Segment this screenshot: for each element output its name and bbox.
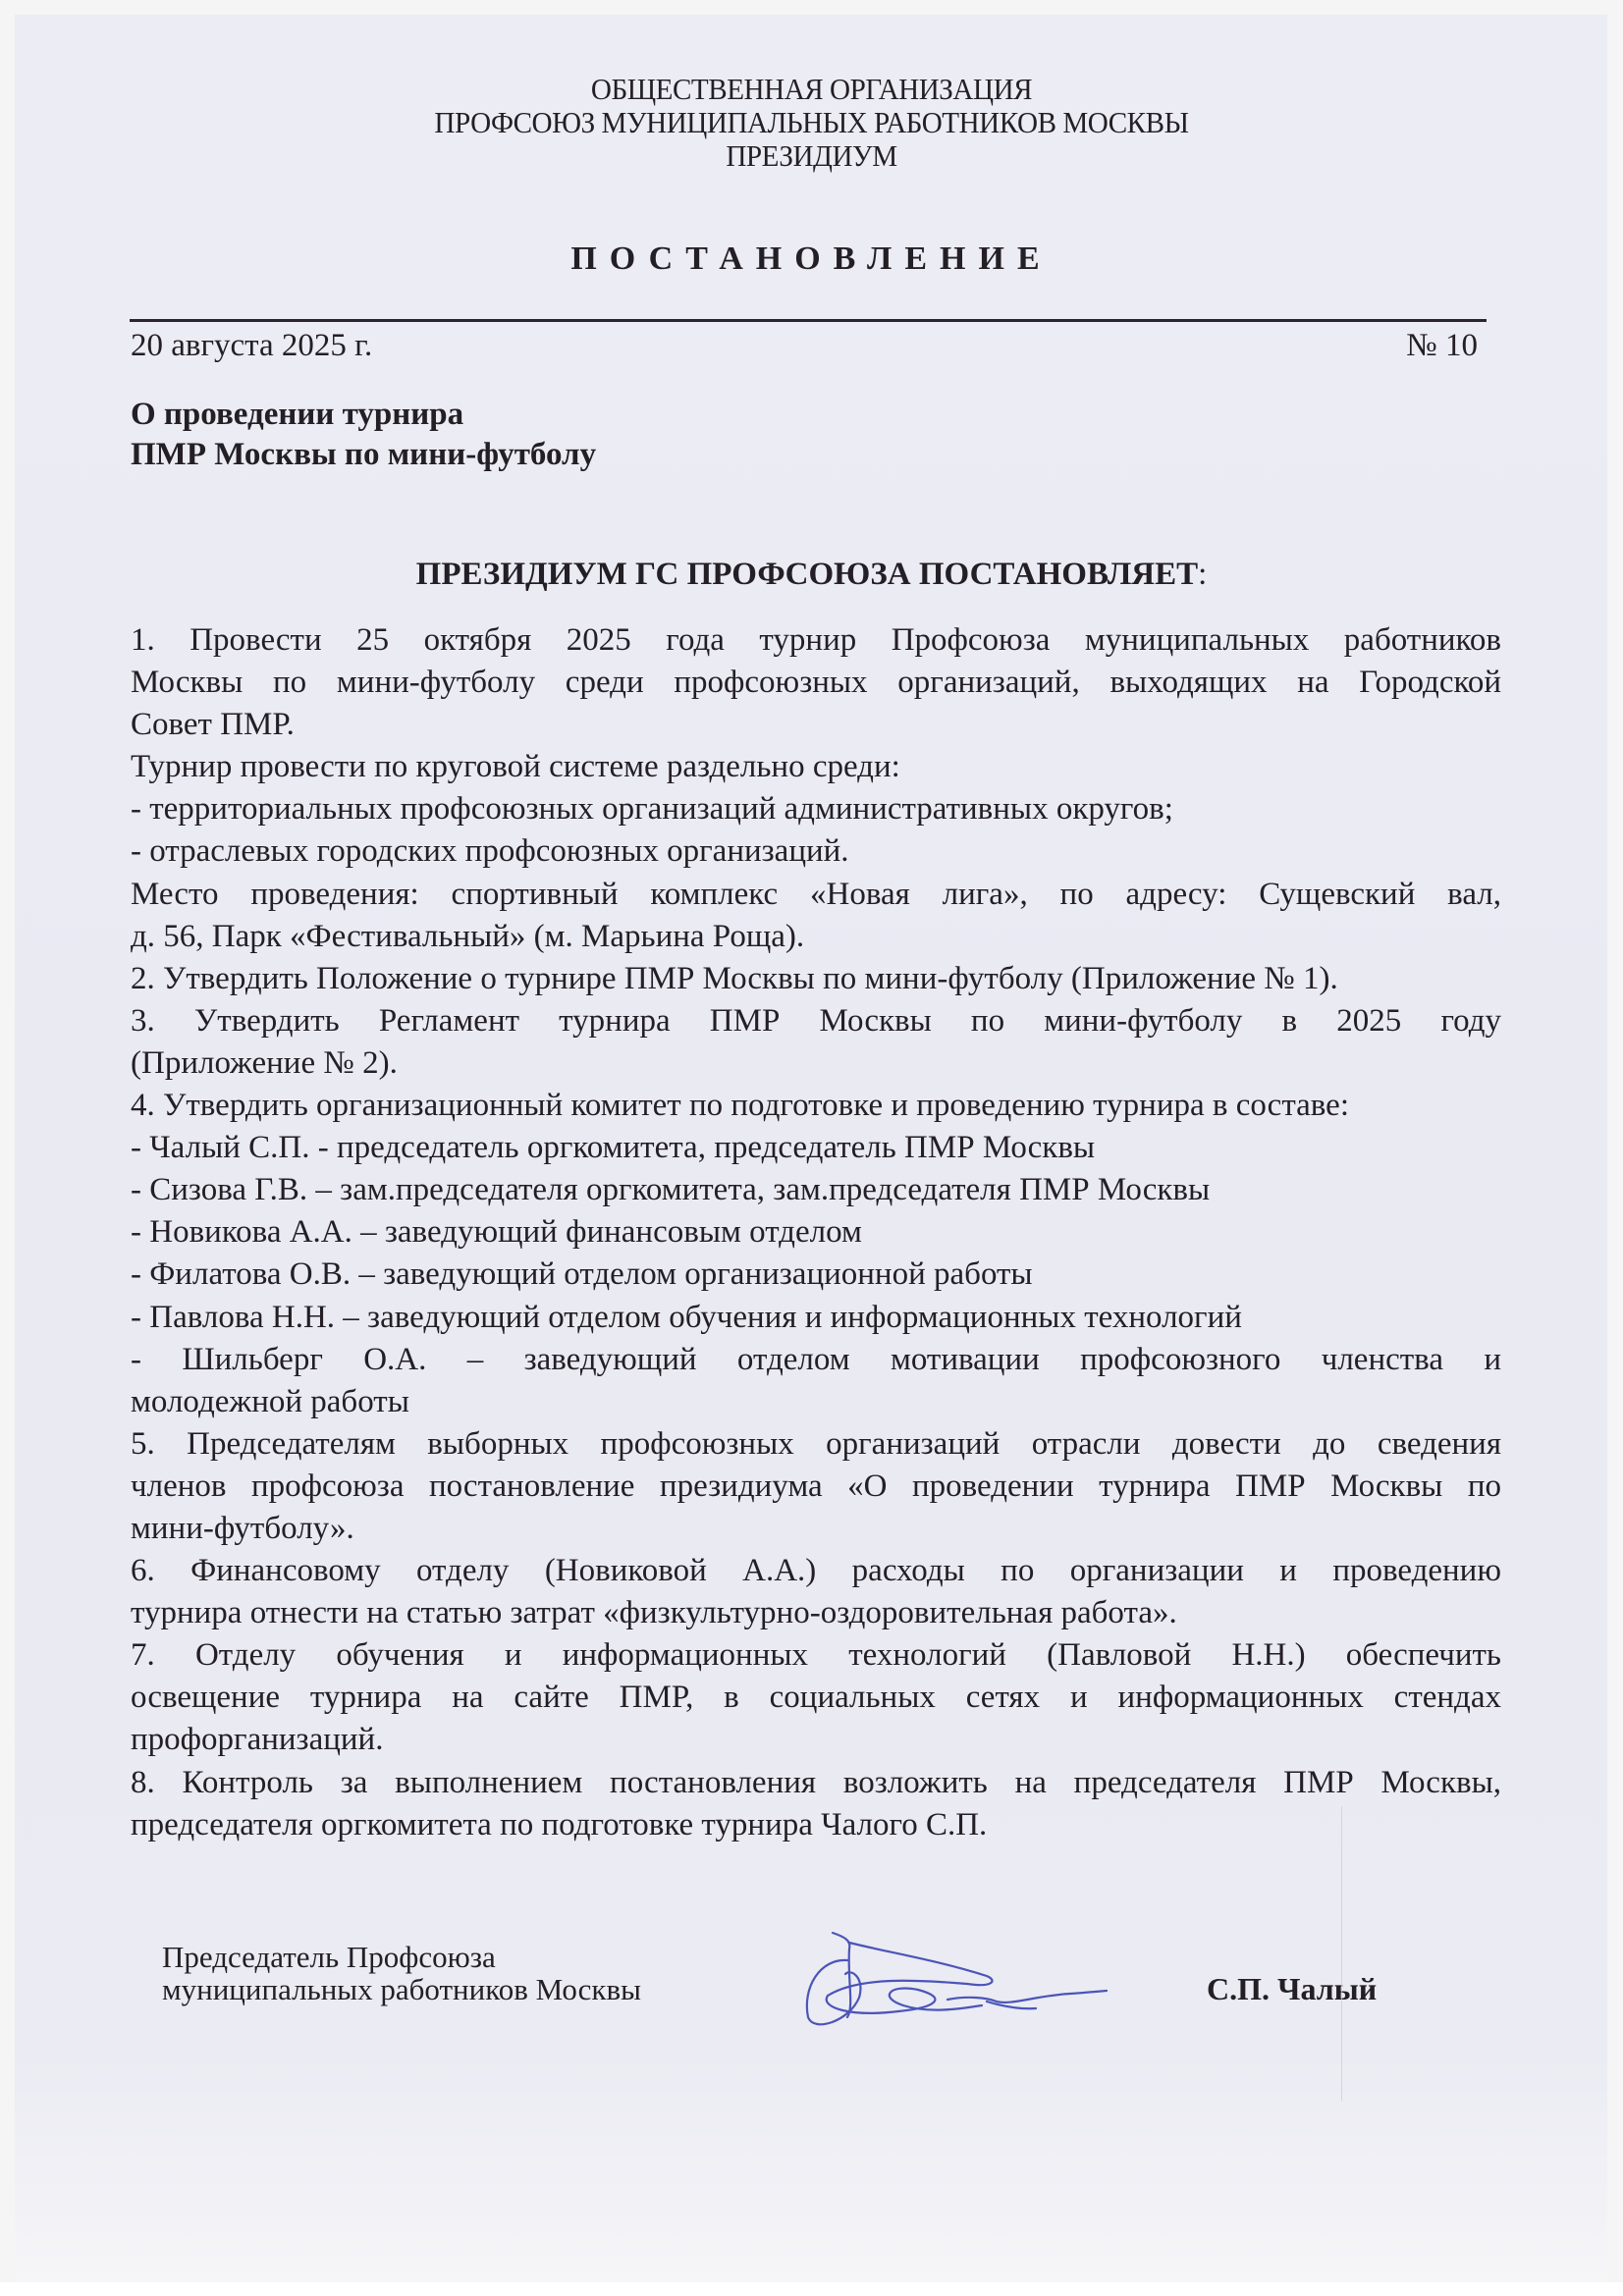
body-line: Совет ПМР. <box>131 704 1501 746</box>
document-date: 20 августа 2025 г. <box>131 327 372 364</box>
body-line: 8. Контроль за выполнением постановления… <box>131 1762 1501 1804</box>
body-line: - Филатова О.В. – заведующий отделом орг… <box>131 1254 1501 1296</box>
body-line: освещение турнира на сайте ПМР, в социал… <box>131 1677 1501 1719</box>
body-line: - Сизова Г.В. – зам.председателя оргкоми… <box>131 1169 1501 1211</box>
scan-margin <box>0 2282 1623 2296</box>
body-line: турнира отнести на статью затрат «физкул… <box>131 1592 1501 1634</box>
scan-artifact-line <box>1341 1806 1342 2101</box>
body-line: - Шильберг О.А. – заведующий отделом мот… <box>131 1339 1501 1381</box>
signatory-title-line2: муниципальных работников Москвы <box>162 1973 641 2006</box>
body-line: 3. Утвердить Регламент турнира ПМР Москв… <box>131 1000 1501 1042</box>
resolution-body: 1. Провести 25 октября 2025 года турнир … <box>131 619 1501 1846</box>
body-line: - Новикова А.А. – заведующий финансовым … <box>131 1211 1501 1254</box>
body-line: - отраслевых городских профсоюзных орган… <box>131 830 1501 873</box>
signatory-name: С.П. Чалый <box>1207 1971 1377 2006</box>
handwritten-signature-icon <box>800 1919 1114 2032</box>
body-line: Москвы по мини-футболу среди профсоюзных… <box>131 662 1501 704</box>
body-line: - территориальных профсоюзных организаци… <box>131 788 1501 830</box>
body-line: председателя оргкомитета по подготовке т… <box>131 1804 1501 1846</box>
body-line: 7. Отделу обучения и информационных техн… <box>131 1634 1501 1677</box>
body-line: 4. Утвердить организационный комитет по … <box>131 1085 1501 1127</box>
resolution-heading-text: ПРЕЗИДИУМ ГС ПРОФСОЮЗА ПОСТАНОВЛЯЕТ <box>416 557 1198 592</box>
org-name-line2: ПРОФСОЮЗ МУНИЦИПАЛЬНЫХ РАБОТНИКОВ МОСКВЫ <box>49 106 1575 139</box>
body-line: членов профсоюза постановление президиум… <box>131 1466 1501 1508</box>
body-line: мини-футболу». <box>131 1508 1501 1550</box>
subject-line2: ПМР Москвы по мини-футболу <box>131 436 596 473</box>
body-line: - Чалый С.П. - председатель оргкомитета,… <box>131 1127 1501 1169</box>
document-type-title: ПОСТАНОВЛЕНИЕ <box>0 240 1623 279</box>
org-body: ПРЕЗИДИУМ <box>49 139 1575 173</box>
body-line: - Павлова Н.Н. – заведующий отделом обуч… <box>131 1297 1501 1339</box>
document-number: № 10 <box>1406 327 1478 364</box>
body-line: профорганизаций. <box>131 1719 1501 1761</box>
body-line: д. 56, Парк «Фестивальный» (м. Марьина Р… <box>131 916 1501 958</box>
subject-line1: О проведении турнира <box>131 396 463 433</box>
body-line: 1. Провести 25 октября 2025 года турнир … <box>131 619 1501 662</box>
body-line: Место проведения: спортивный комплекс «Н… <box>131 874 1501 916</box>
body-line: Турнир провести по круговой системе разд… <box>131 746 1501 788</box>
signatory-title-line1: Председатель Профсоюза <box>162 1941 496 1974</box>
body-line: (Приложение № 2). <box>131 1042 1501 1085</box>
body-line: 6. Финансовому отделу (Новиковой А.А.) р… <box>131 1550 1501 1592</box>
resolution-heading: ПРЕЗИДИУМ ГС ПРОФСОЮЗА ПОСТАНОВЛЯЕТ: <box>0 556 1623 593</box>
body-line: молодежной работы <box>131 1381 1501 1423</box>
body-line: 2. Утвердить Положение о турнире ПМР Мос… <box>131 958 1501 1000</box>
resolution-heading-colon: : <box>1198 557 1207 592</box>
body-line: 5. Председателям выборных профсоюзных ор… <box>131 1423 1501 1466</box>
org-name-line1: ОБЩЕСТВЕННАЯ ОРГАНИЗАЦИЯ <box>49 73 1575 106</box>
header-divider <box>130 319 1487 322</box>
